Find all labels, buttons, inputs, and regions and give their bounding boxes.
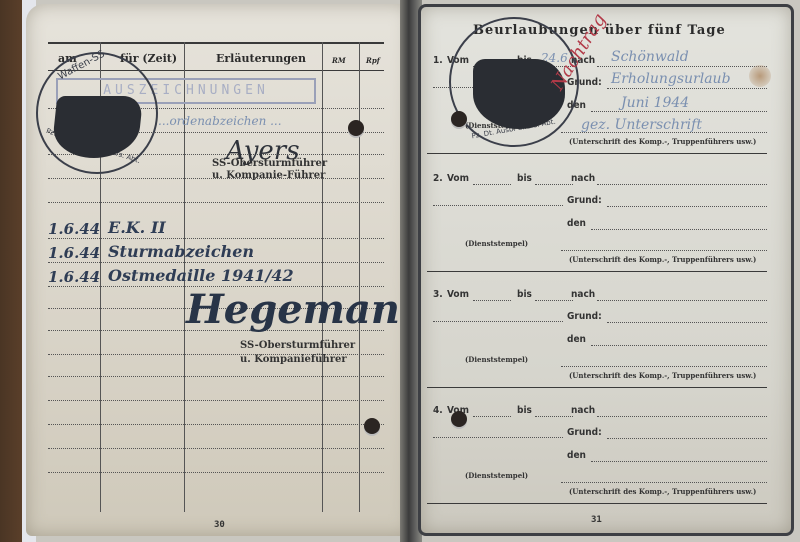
bis-field <box>535 300 573 301</box>
signature-1-title-1: SS-Obersturmführer <box>212 158 327 169</box>
grund-field <box>607 206 767 207</box>
entry-number: 3. <box>433 289 443 300</box>
ruled-row <box>48 448 384 449</box>
label-den: den <box>567 218 586 229</box>
label-dienststempel: (Dienststempel) <box>465 471 528 480</box>
entry-date-3: 1.6.44 <box>48 268 100 286</box>
den-field <box>591 229 767 230</box>
section-rule <box>427 153 767 154</box>
stain <box>749 65 771 87</box>
ruled-row <box>48 376 384 377</box>
label-bis: bis <box>517 405 532 416</box>
column-header-rpf: Rpf <box>366 56 380 65</box>
entry-text-3: Ostmedaille 1941/42 <box>108 266 294 285</box>
nach-field <box>597 300 767 301</box>
punch-hole <box>364 418 380 434</box>
entry-number: 4. <box>433 405 443 416</box>
ruled-row <box>48 262 384 263</box>
label-nach: nach <box>571 289 595 300</box>
signature-2-title-1: SS-Obersturmführer <box>240 340 355 351</box>
nach-field <box>597 184 767 185</box>
address-field <box>433 437 563 438</box>
label-nach: nach <box>571 405 595 416</box>
nach-value: Schönwald <box>611 49 689 65</box>
bis-field <box>535 416 573 417</box>
grund-field <box>607 322 767 323</box>
nach-field <box>597 416 767 417</box>
signature-field <box>561 250 767 251</box>
label-unterschrift: (Unterschrift des Komp.-, Truppenführers… <box>569 255 756 264</box>
label-bis: bis <box>517 289 532 300</box>
right-page: Beurlaubungen über fünf Tage 1. Vom bis … <box>418 4 794 536</box>
den-value: Juni 1944 <box>621 95 689 111</box>
nach-field <box>597 66 767 67</box>
signature-field <box>561 366 767 367</box>
label-den: den <box>567 450 586 461</box>
punch-hole <box>451 111 467 127</box>
signature-field <box>561 482 767 483</box>
entry-date-1: 1.6.44 <box>48 220 100 238</box>
signature-2-title-2: u. Kompanieführer <box>240 354 347 365</box>
grund-value: Erholungsurlaub <box>611 71 731 87</box>
header-rule-top <box>48 42 384 44</box>
column-header-erlaeuterungen: Erläuterungen <box>216 52 306 65</box>
vom-field <box>473 300 511 301</box>
punch-hole <box>348 120 364 136</box>
den-field <box>591 111 767 112</box>
label-unterschrift: (Unterschrift des Komp.-, Truppenführers… <box>569 137 756 146</box>
entry-date-2: 1.6.44 <box>48 244 100 262</box>
section-rule <box>427 503 767 504</box>
entry-number: 1. <box>433 55 443 66</box>
address-field <box>433 205 563 206</box>
redacted-emblem <box>473 59 565 129</box>
signature-2: Hegemann <box>186 286 429 333</box>
section-rule <box>427 271 767 272</box>
label-grund: Grund: <box>567 195 602 206</box>
label-unterschrift: (Unterschrift des Komp.-, Truppenführers… <box>569 487 756 496</box>
signature-1-title-2: u. Kompanie-Führer <box>212 170 325 181</box>
label-bis: bis <box>517 173 532 184</box>
signed-value: gez. Unterschrift <box>581 117 702 133</box>
label-nach: nach <box>571 173 595 184</box>
entry-text-2: Sturmabzeichen <box>108 242 254 261</box>
page-number-left: 30 <box>214 520 225 530</box>
bis-field <box>535 184 573 185</box>
entry-number: 2. <box>433 173 443 184</box>
grund-field <box>607 88 767 89</box>
grund-field <box>607 438 767 439</box>
ruled-row <box>48 238 384 239</box>
den-field <box>591 345 767 346</box>
label-grund: Grund: <box>567 311 602 322</box>
column-header-rm: RM <box>332 56 346 65</box>
den-field <box>591 461 767 462</box>
label-vom: Vom <box>447 173 469 184</box>
ruled-row <box>48 202 384 203</box>
ruled-row <box>48 472 384 473</box>
ruled-row <box>48 400 384 401</box>
entry-text-1: E.K. II <box>108 218 166 237</box>
column-divider <box>359 42 360 512</box>
vom-field <box>473 184 511 185</box>
label-den: den <box>567 334 586 345</box>
punch-hole <box>451 411 467 427</box>
ruled-row <box>48 424 384 425</box>
page-number-right: 31 <box>591 515 602 525</box>
address-field <box>433 321 563 322</box>
label-dienststempel: (Dienststempel) <box>465 355 528 364</box>
vom-field <box>473 416 511 417</box>
handwritten-note: ...ordenabzeichen ... <box>158 114 282 128</box>
column-divider <box>322 42 323 512</box>
section-rule <box>427 387 767 388</box>
label-grund: Grund: <box>567 427 602 438</box>
label-vom: Vom <box>447 289 469 300</box>
label-unterschrift: (Unterschrift des Komp.-, Truppenführers… <box>569 371 756 380</box>
left-page: am für (Zeit) Erläuterungen RM Rpf AUSZE… <box>26 4 410 536</box>
label-dienststempel: (Dienststempel) <box>465 239 528 248</box>
